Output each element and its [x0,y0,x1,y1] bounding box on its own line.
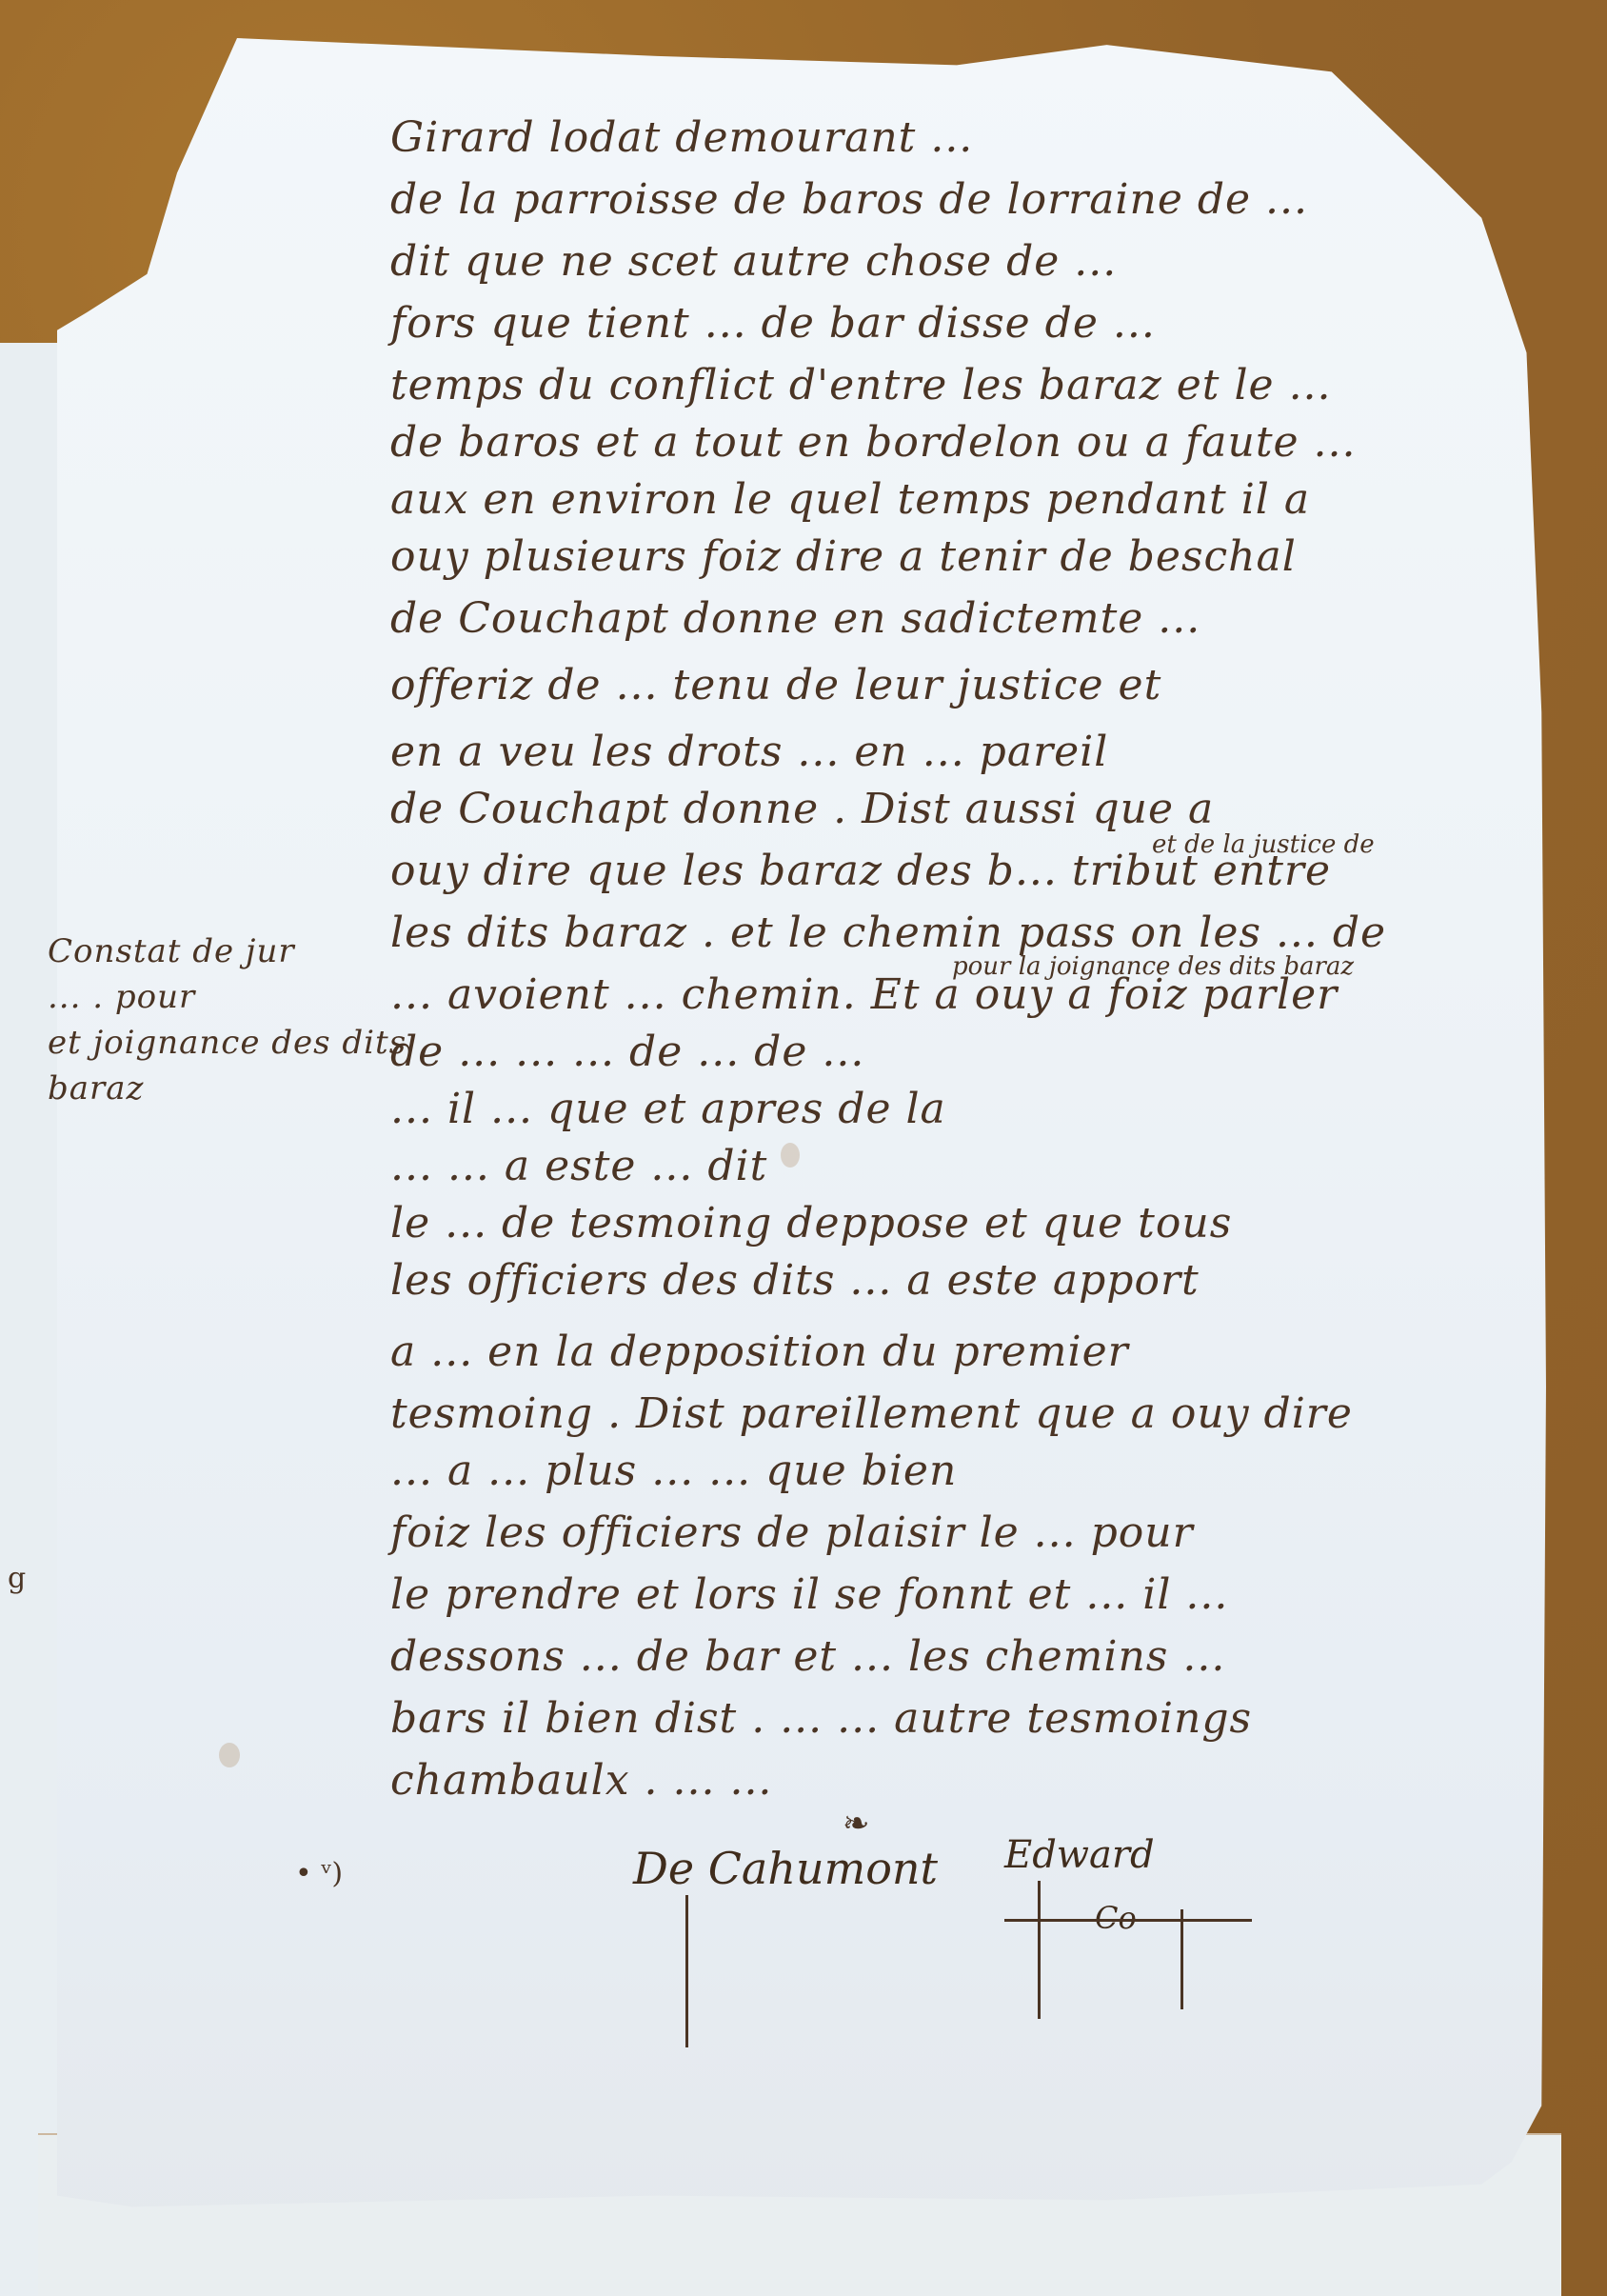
text-line: dit que ne scet autre chose de ... [390,233,1117,290]
text-line: dessons ... de bar et ... les chemins ..… [390,1628,1225,1686]
text-line: en a veu les drots ... en ... pareil [390,724,1108,781]
text-line: Girard lodat demourant ... [390,110,973,167]
text-line: de baros et a tout en bordelon ou a faut… [390,414,1356,471]
ink-stain [219,1743,240,1767]
margin-note-line: ... . pour [48,974,390,1020]
text-line: ... il ... que et apres de la [390,1081,946,1138]
margin-note: Constat de jur ... . pour et joignance d… [48,928,390,1111]
text-line: ... ... a este ... dit [390,1138,767,1195]
interlinear-note: et de la justice de [1152,830,1375,859]
text-line: les officiers des dits ... a este apport [390,1252,1200,1309]
text-line: temps du conflict d'entre les baraz et l… [390,357,1332,414]
text-line: le prendre et lors il se fonnt et ... il… [390,1567,1228,1624]
signature-stroke [1038,1881,1041,2019]
ink-stain [781,1143,800,1168]
ink-dot-mark: • ᵛ) [295,1857,343,1890]
signature-stroke [685,1895,688,2047]
text-line: fors que tient ... de bar disse de ... [390,295,1156,352]
text-line: bars il bien dist . ... ... autre tesmoi… [390,1690,1252,1747]
text-line: tesmoing . Dist pareillement que a ouy d… [390,1386,1353,1443]
text-line: offeriz de ... tenu de leur justice et [390,657,1161,714]
signature-cross-stroke [1004,1919,1252,1922]
text-line: chambaulx . ... ... [390,1752,772,1809]
paraph-mark: ❧ [843,1805,870,1843]
signature-right: Edward [1004,1833,1155,1877]
text-line: ouy plusieurs foiz dire a tenir de besch… [390,529,1297,586]
text-line: ... a ... plus ... ... que bien [390,1443,957,1500]
margin-mark: g [8,1562,26,1595]
text-line: de la parroisse de baros de lorraine de … [390,171,1308,229]
text-line: le ... de tesmoing deppose et que tous [390,1195,1232,1252]
margin-note-line: baraz [48,1066,390,1111]
margin-note-line: Constat de jur [48,928,390,974]
signature-right-sub: Co [1095,1900,1137,1936]
interlinear-note: pour la joignance des dits baraz [952,952,1354,981]
signature-left: De Cahumont [633,1843,938,1894]
text-line: de Couchapt donne . Dist aussi que a [390,781,1214,838]
text-line: a ... en la depposition du premier [390,1324,1129,1381]
text-line: foiz les officiers de plaisir le ... pou… [390,1505,1194,1562]
text-line: de Couchapt donne en sadictemte ... [390,590,1200,648]
text-line: de ... ... ... de ... de ... [390,1024,864,1081]
text-line: aux en environ le quel temps pendant il … [390,471,1310,529]
signature-stroke [1180,1909,1183,2009]
margin-note-line: et joignance des dits [48,1020,390,1066]
